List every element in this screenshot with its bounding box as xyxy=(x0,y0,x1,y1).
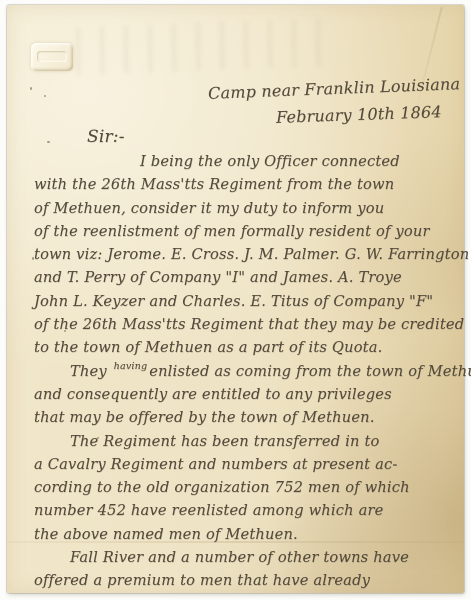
letter-line: They havingenlisted as coming from the t… xyxy=(34,360,466,383)
letter-line: and T. Perry of Company "I" and James. A… xyxy=(34,266,466,289)
letter-line: cording to the old organization 752 men … xyxy=(34,476,466,499)
heading-place-line: Camp near Franklin Louisiana xyxy=(207,74,460,103)
paper-speck xyxy=(44,95,46,97)
letter-line: number 452 have reenlisted among which a… xyxy=(34,499,466,522)
letter-paper: Camp near Franklin Louisiana February 10… xyxy=(7,5,464,593)
inserted-word-above-line: having xyxy=(114,355,148,378)
line-text: enlisted as coming from the town of Meth… xyxy=(149,363,471,380)
letter-line: offered a premium to men that have alrea… xyxy=(34,569,466,592)
ink-bleedthrough xyxy=(66,18,328,75)
letter-line: of Methuen, consider it my duty to infor… xyxy=(34,197,466,220)
heading-date-line: February 10th 1864 xyxy=(276,102,442,127)
letter-line: of the 26th Mass'tts Regiment that they … xyxy=(34,313,466,336)
letter-line: to the town of Methuen as a part of its … xyxy=(34,336,466,359)
salutation: Sir:- xyxy=(87,127,125,147)
letter-body: I being the only Officer connectedwith t… xyxy=(34,150,466,593)
letter-line: the above named men of Methuen. xyxy=(34,523,466,546)
letter-line: The Regiment has been transferred in to xyxy=(34,430,466,453)
scanned-letter: Camp near Franklin Louisiana February 10… xyxy=(0,0,471,600)
letter-line: and consequently are entitled to any pri… xyxy=(34,383,466,406)
letter-line: town viz: Jerome. E. Cross. J. M. Palmer… xyxy=(34,243,466,266)
letter-line: of the reenlistment of men formally resi… xyxy=(34,220,466,243)
line-text: They xyxy=(70,363,112,380)
letter-line: I being the only Officer connected xyxy=(34,150,466,173)
letter-line: a Cavalry Regiment and numbers at presen… xyxy=(34,453,466,476)
letter-line: John L. Keyzer and Charles. E. Titus of … xyxy=(34,290,466,313)
letter-line: that may be offered by the town of Methu… xyxy=(34,406,466,429)
paper-speck xyxy=(47,141,50,143)
embossed-stamp xyxy=(31,43,73,71)
letter-line: Fall River and a number of other towns h… xyxy=(34,546,466,569)
paper-speck xyxy=(30,87,32,90)
letter-line: with the 26th Mass'tts Regiment from the… xyxy=(34,173,466,196)
